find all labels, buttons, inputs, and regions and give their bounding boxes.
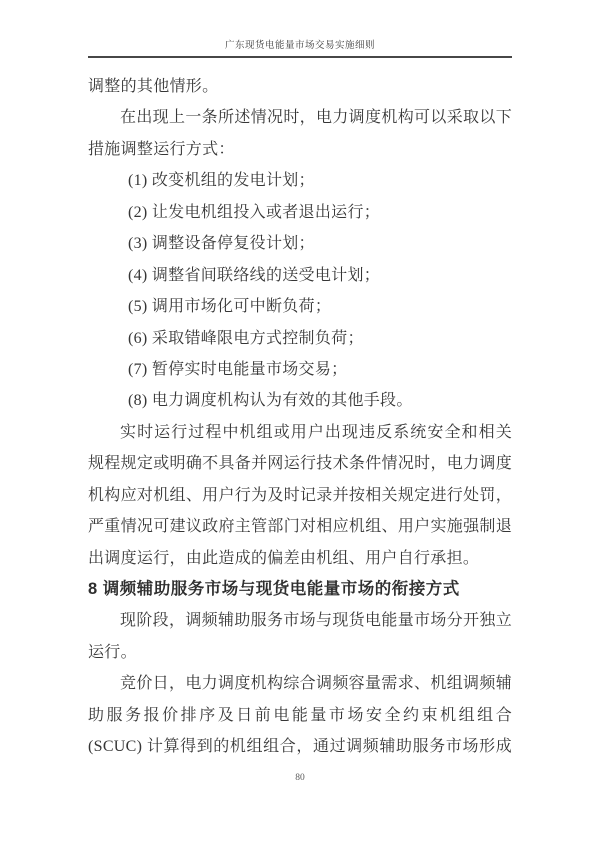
list-item: (3) 调整设备停复役计划； xyxy=(88,228,512,259)
document-page: 广东现货电能量市场交易实施细则 调整的其他情形。在出现上一条所述情况时，电力调度… xyxy=(0,0,600,848)
page-number: 80 xyxy=(295,773,305,783)
paragraph-line: 机构应对机组、用户行为及时记录并按相关规定进行处罚， xyxy=(88,480,512,511)
paragraph-line: 在出现上一条所述情况时，电力调度机构可以采取以下 xyxy=(88,102,512,133)
paragraph-line: 现阶段，调频辅助服务市场与现货电能量市场分开独立 xyxy=(88,605,512,636)
list-item: (2) 让发电机组投入或者退出运行； xyxy=(88,197,512,228)
paragraph-line: 严重情况可建议政府主管部门对相应机组、用户实施强制退 xyxy=(88,511,512,542)
list-item: (1) 改变机组的发电计划； xyxy=(88,165,512,196)
paragraph-line: 措施调整运行方式： xyxy=(88,134,512,165)
paragraph-line: 实时运行过程中机组或用户出现违反系统安全和相关 xyxy=(88,417,512,448)
page-header: 广东现货电能量市场交易实施细则 xyxy=(88,37,512,58)
paragraph-line: 运行。 xyxy=(88,637,512,668)
page-footer: 80 xyxy=(0,773,600,783)
paragraph-line: 规程规定或明确不具备并网运行技术条件情况时，电力调度 xyxy=(88,448,512,479)
section-heading: 8 调频辅助服务市场与现货电能量市场的衔接方式 xyxy=(88,574,512,605)
paragraph-line: 出调度运行，由此造成的偏差由机组、用户自行承担。 xyxy=(88,543,512,574)
document-title: 广东现货电能量市场交易实施细则 xyxy=(225,41,375,51)
list-item: (8) 电力调度机构认为有效的其他手段。 xyxy=(88,385,512,416)
paragraph-line: 助服务报价排序及日前电能量市场安全约束机组组合 xyxy=(88,700,512,731)
paragraph-line: 竞价日，电力调度机构综合调频容量需求、机组调频辅 xyxy=(88,668,512,699)
document-body: 调整的其他情形。在出现上一条所述情况时，电力调度机构可以采取以下措施调整运行方式… xyxy=(88,71,512,763)
list-item: (6) 采取错峰限电方式控制负荷； xyxy=(88,323,512,354)
list-item: (5) 调用市场化可中断负荷； xyxy=(88,291,512,322)
list-item: (7) 暂停实时电能量市场交易； xyxy=(88,354,512,385)
list-item: (4) 调整省间联络线的送受电计划； xyxy=(88,260,512,291)
paragraph-line: (SCUC) 计算得到的机组组合，通过调频辅助服务市场形成 xyxy=(88,731,512,762)
paragraph-line: 调整的其他情形。 xyxy=(88,71,512,102)
